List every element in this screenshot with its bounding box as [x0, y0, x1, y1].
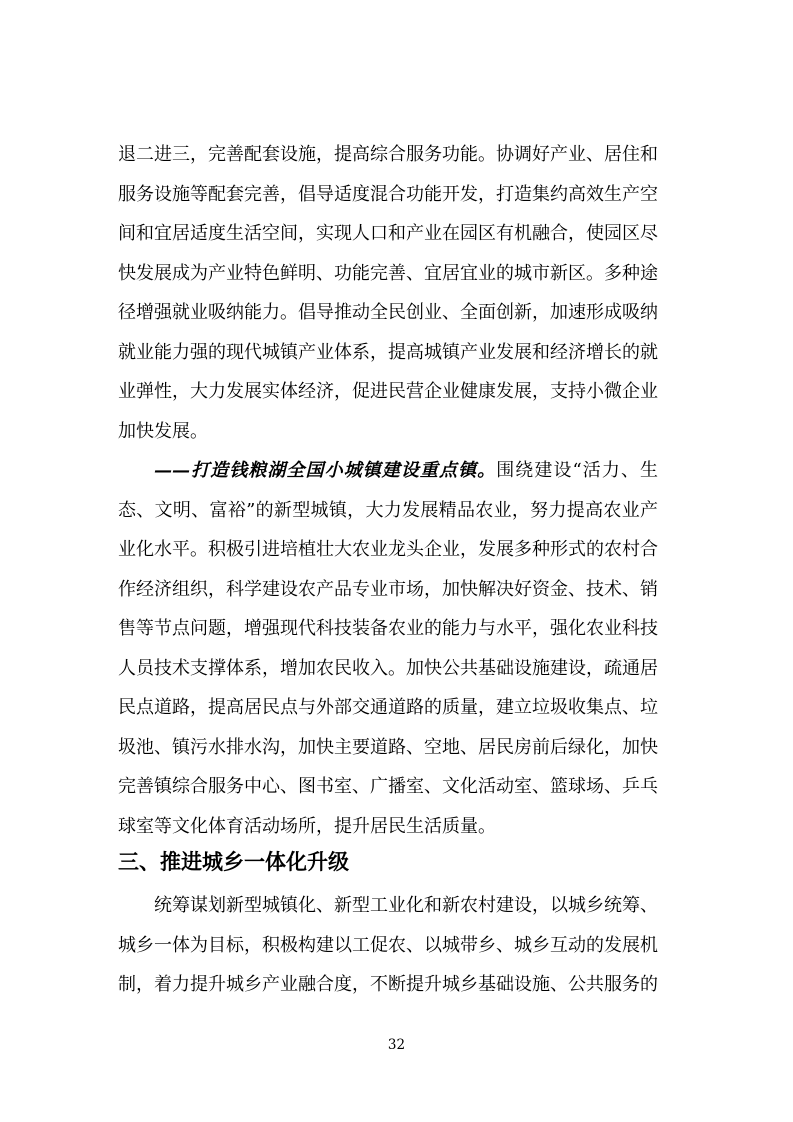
text-block: 退二进三，完善配套设施，提高综合服务功能。协调好产业、居住和服务设施等配套完善，…: [118, 135, 658, 1005]
paragraph-continuation: 退二进三，完善配套设施，提高综合服务功能。协调好产业、居住和服务设施等配套完善，…: [118, 135, 658, 451]
paragraph-qianlianghu: ——打造钱粮湖全国小城镇建设重点镇。围绕建设“活力、生态、文明、富裕”的新型城镇…: [118, 451, 658, 846]
page-number: 32: [0, 1036, 793, 1054]
paragraph-lead-bold: ——打造钱粮湖全国小城镇建设重点镇。: [154, 460, 496, 481]
section-heading: 三、推进城乡一体化升级: [118, 846, 658, 878]
paragraph-body-text: 围绕建设“活力、生态、文明、富裕”的新型城镇，大力发展精品农业，努力提高农业产业…: [118, 460, 658, 837]
document-page: 退二进三，完善配套设施，提高综合服务功能。协调好产业、居住和服务设施等配套完善，…: [0, 0, 793, 1122]
paragraph-urban-rural: 统筹谋划新型城镇化、新型工业化和新农村建设，以城乡统筹、城乡一体为目标，积极构建…: [118, 886, 658, 1005]
